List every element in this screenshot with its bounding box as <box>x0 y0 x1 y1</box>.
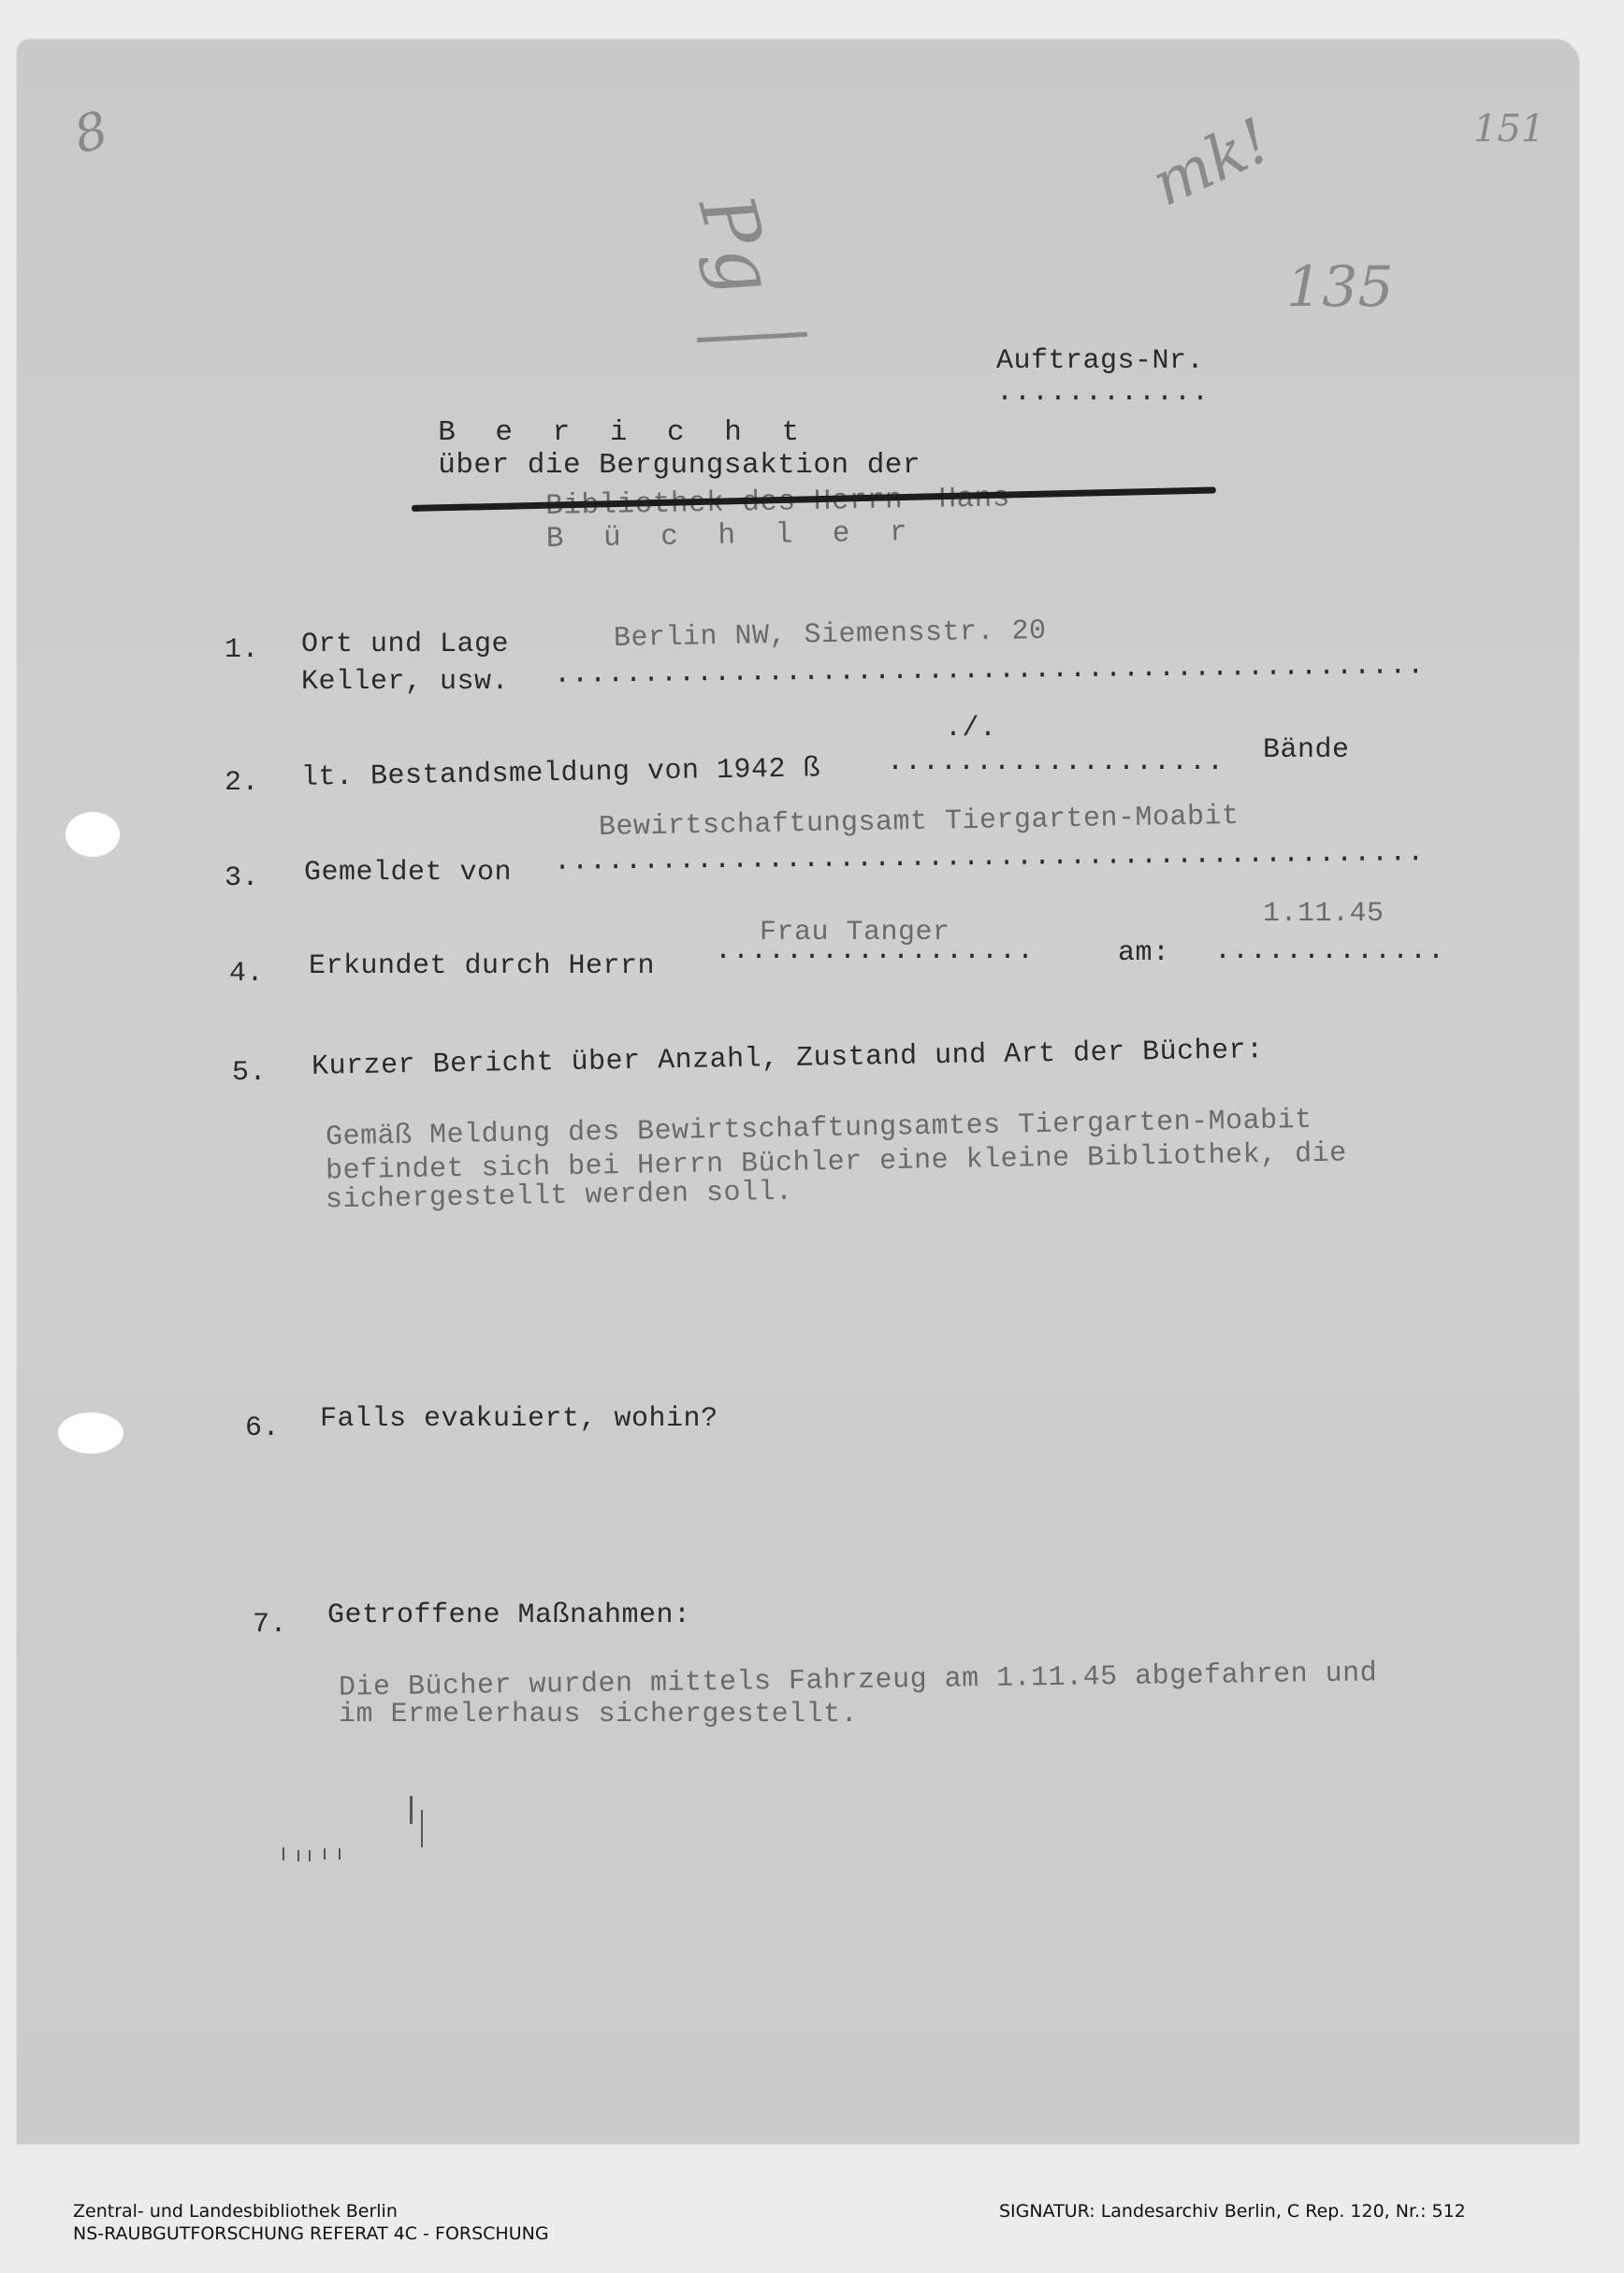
item-4-label: Erkundet durch Herrn <box>309 950 655 982</box>
item-2-dotted-line: ................... <box>887 746 1225 778</box>
item-2-value: ./. <box>945 713 997 745</box>
item-1-number: 1. <box>225 634 259 666</box>
handwritten-page-number: 151 <box>1473 108 1544 151</box>
order-number-field: ............ <box>996 377 1210 409</box>
footer-institution: Zentral- und Landesbibliothek Berlin NS-… <box>73 2200 549 2245</box>
order-number-label: Auftrags-Nr. ............ <box>962 313 1210 409</box>
item-3-label: Gemeldet von <box>304 857 512 889</box>
item-7-text-line-2: im Ermelerhaus sichergestellt. <box>339 1699 858 1730</box>
item-4-date-dotted-line: ............. <box>1214 935 1445 967</box>
item-3-number: 3. <box>225 862 259 894</box>
punch-hole-top <box>65 812 120 857</box>
item-6-label: Falls evakuiert, wohin? <box>320 1403 718 1435</box>
item-4-number: 4. <box>229 958 264 990</box>
punch-hole-bottom <box>58 1412 123 1454</box>
item-2-unit: Bände <box>1263 734 1350 766</box>
document-page <box>17 39 1579 2144</box>
handwritten-number: 135 <box>1286 254 1394 320</box>
footer-institution-name: Zentral- und Landesbibliothek Berlin <box>73 2200 549 2222</box>
item-7-number: 7. <box>253 1609 287 1641</box>
footer-department: NS-RAUBGUTFORSCHUNG REFERAT 4C - FORSCHU… <box>73 2222 549 2245</box>
item-4-date-label: am: <box>1118 937 1170 969</box>
report-title-emphasis: B e r i c h t <box>438 416 810 449</box>
item-4-dotted-line: .................. <box>715 935 1035 967</box>
footer-signature-reference: SIGNATUR: Landesarchiv Berlin, C Rep. 12… <box>999 2200 1466 2222</box>
item-1-label-line2: Keller, usw. <box>301 666 509 698</box>
item-7-label: Getroffene Maßnahmen: <box>327 1600 691 1631</box>
item-5-number: 5. <box>232 1057 267 1089</box>
item-6-number: 6. <box>245 1412 280 1444</box>
order-number-text: Auftrags-Nr. <box>996 345 1204 377</box>
item-4-date-value: 1.11.45 <box>1263 898 1385 930</box>
item-1-label: Ort und Lage <box>301 629 509 660</box>
item-2-number: 2. <box>225 767 259 799</box>
library-owner-name: B ü c h l e r <box>546 516 919 556</box>
